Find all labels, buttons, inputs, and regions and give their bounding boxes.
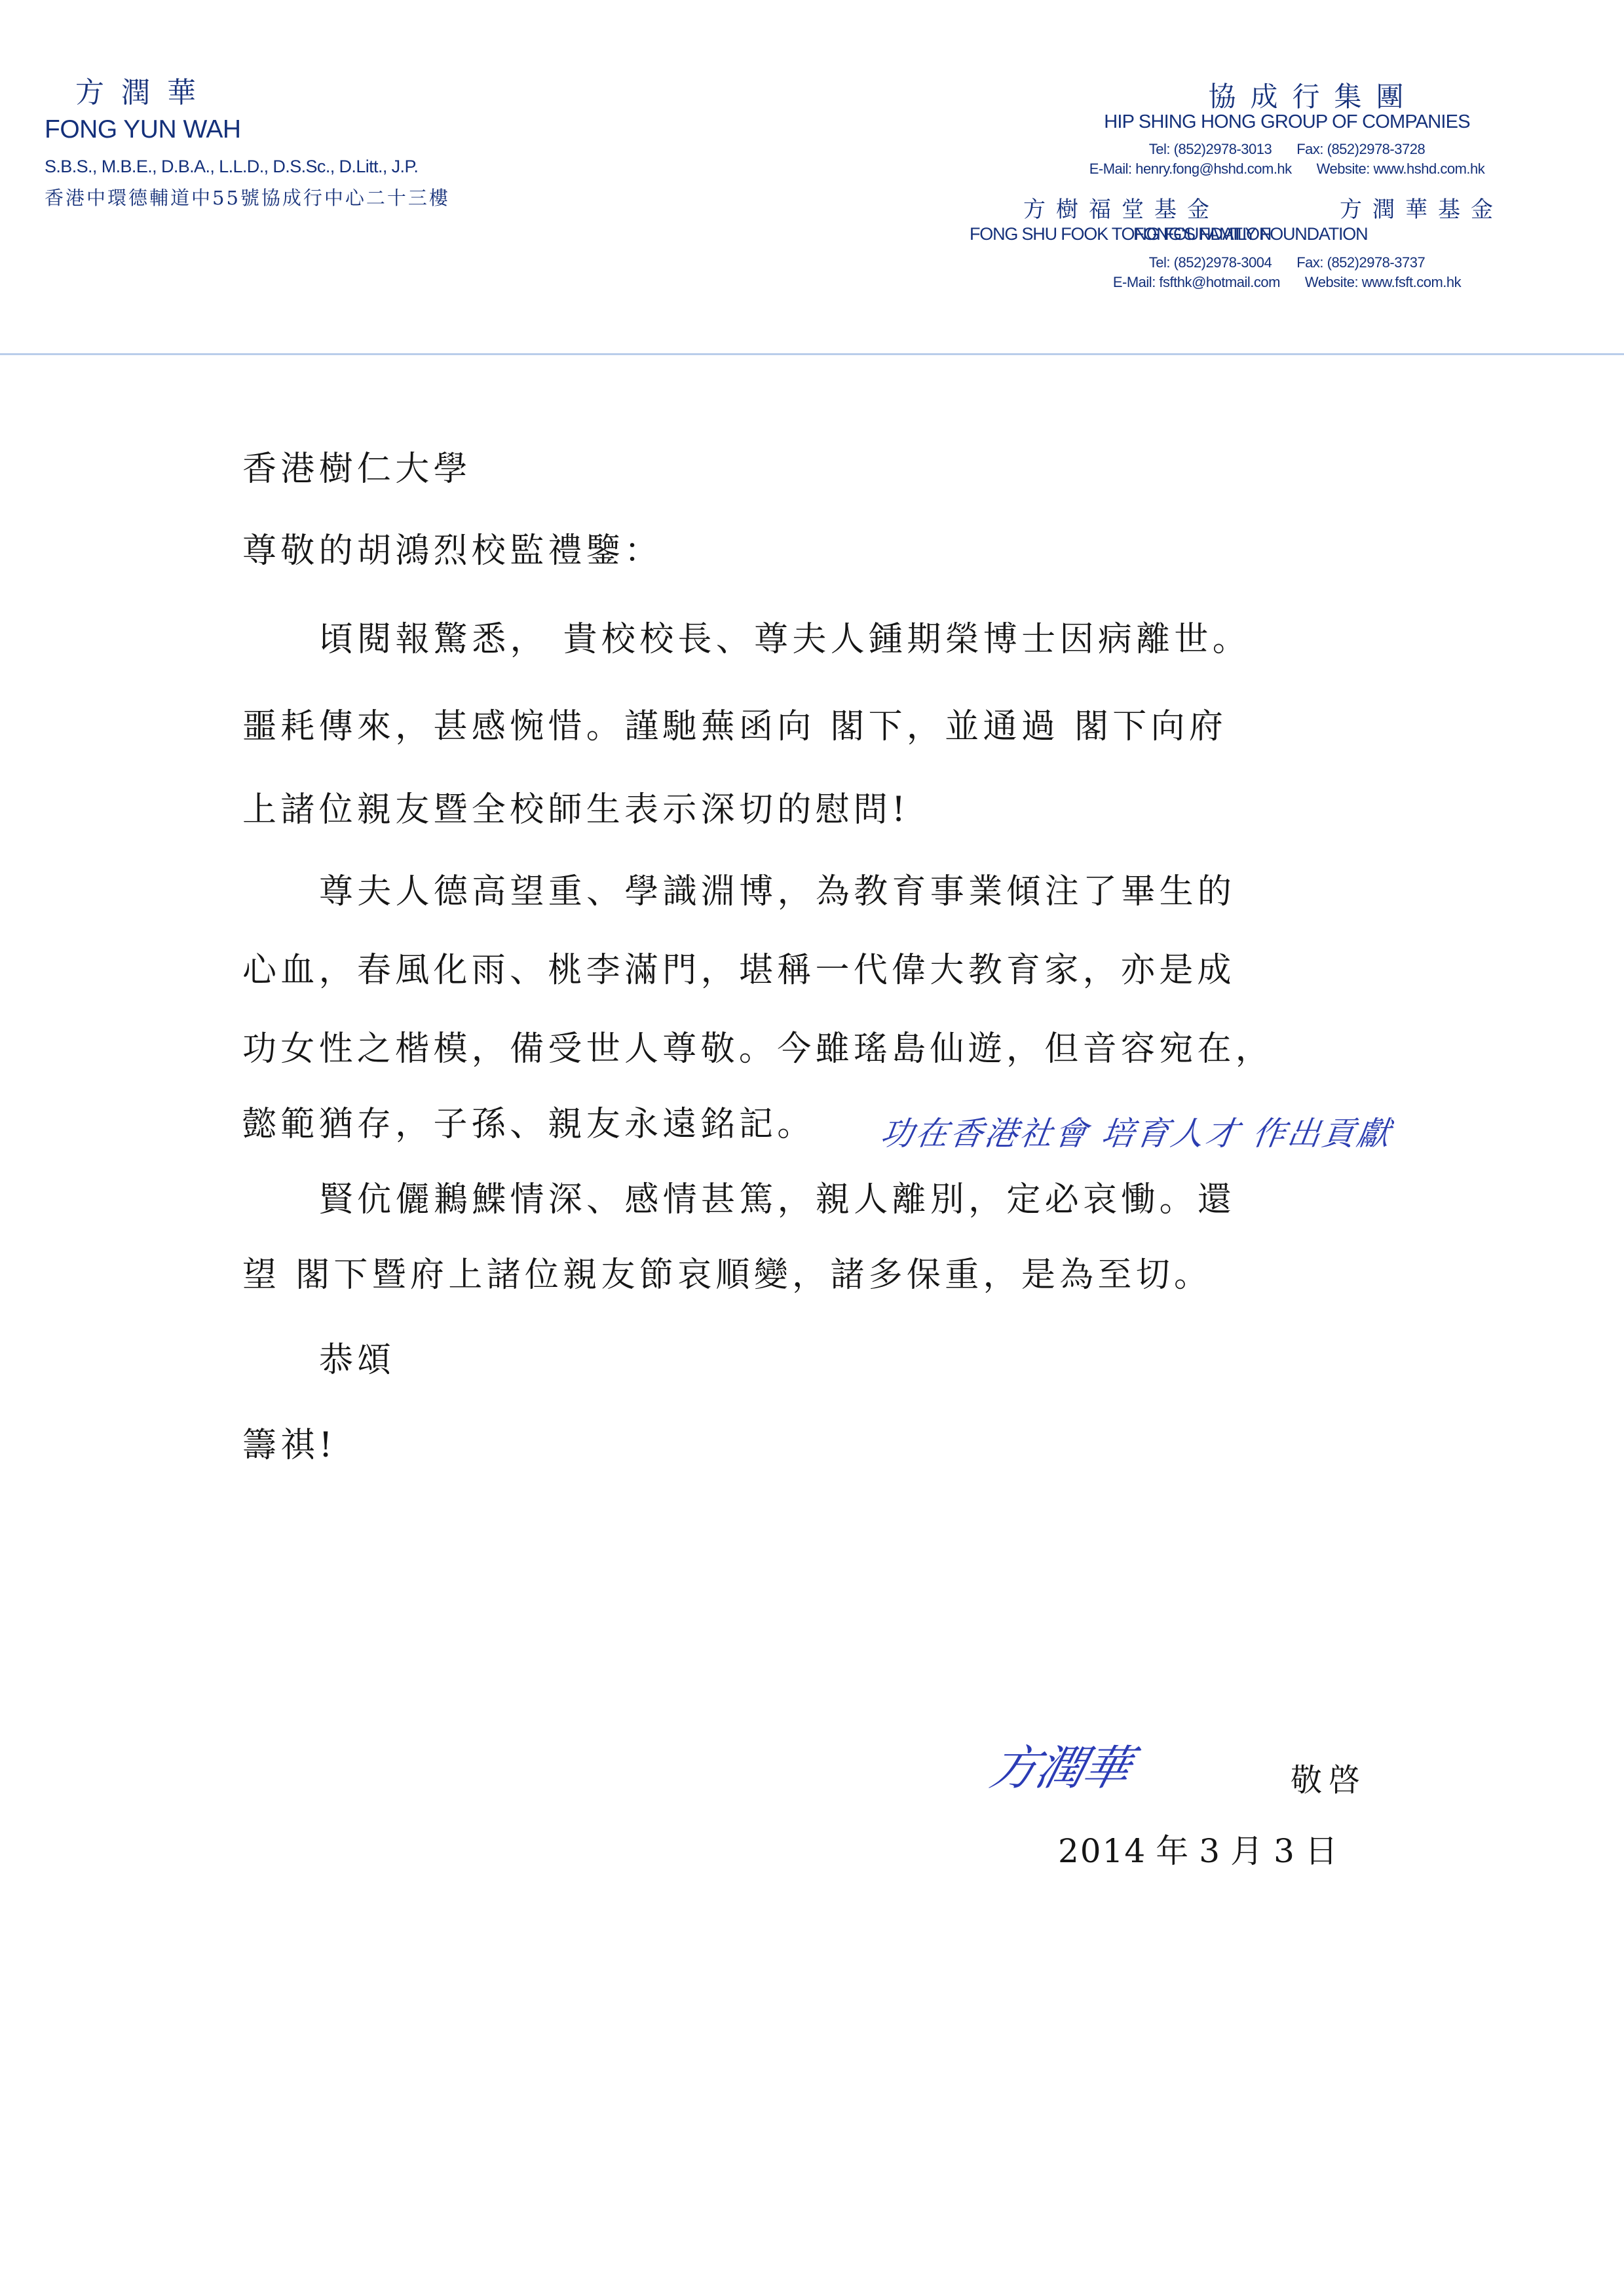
- company-fax: Fax: (852)2978-3728: [1296, 141, 1425, 157]
- closing-phrase: 恭頌: [319, 1343, 396, 1377]
- foundation-website[interactable]: Website: www.fsft.com.hk: [1305, 274, 1461, 290]
- handwritten-signature: 方潤華: [984, 1730, 1139, 1798]
- foundation-2-name-english: FONG'S FAMILY FOUNDATION: [1133, 224, 1367, 244]
- letterhead-divider: [0, 353, 1624, 355]
- sender-honours: S.B.S., M.B.E., D.B.A., L.L.D., D.S.Sc.,…: [45, 157, 418, 177]
- foundation-1-name-chinese: 方樹福堂基金: [1023, 191, 1220, 223]
- foundations-chinese: 方樹福堂基金 方潤華基金: [950, 191, 1624, 218]
- foundation-2-name-chinese: 方潤華基金: [1340, 191, 1503, 223]
- paragraph-2-line-1: 尊夫人德高望重、學識淵博，為教育事業傾注了畢生的: [319, 875, 1236, 909]
- sender-address: 香港中環德輔道中55號協成行中心二十三樓: [45, 183, 450, 210]
- company-email[interactable]: E-Mail: henry.fong@hshd.com.hk: [1089, 161, 1292, 177]
- company-name-english: HIP SHING HONG GROUP OF COMPANIES: [950, 111, 1624, 133]
- sender-name-chinese: 方潤華: [75, 69, 213, 111]
- recipient-organization: 香港樹仁大學: [242, 452, 472, 486]
- paragraph-3-line-2: 望 閣下暨府上諸位親友節哀順變，諸多保重，是為至切。: [242, 1258, 1212, 1292]
- sender-name-english: FONG YUN WAH: [45, 115, 241, 144]
- paragraph-2-line-2: 心血，春風化雨、桃李滿門，堪稱一代偉大教育家，亦是成: [242, 953, 1236, 987]
- date-day-unit: 日: [1305, 1832, 1339, 1870]
- foundation-fax: Fax: (852)2978-3737: [1296, 254, 1425, 271]
- salutation: 尊敬的胡鴻烈校監禮鑒：: [242, 534, 662, 568]
- paragraph-1-line-2: 噩耗傳來，甚感惋惜。謹馳蕪函向 閣下，並通過 閣下向府: [242, 710, 1227, 744]
- paragraph-1-line-1: 頃閱報驚悉， 貴校校長、尊夫人鍾期榮博士因病離世。: [319, 622, 1251, 657]
- date-day: 3: [1274, 1832, 1296, 1870]
- date-year-unit: 年: [1156, 1832, 1190, 1870]
- company-tel: Tel: (852)2978-3013: [1149, 141, 1272, 157]
- paragraph-1-line-3: 上諸位親友暨全校師生表示深切的慰問!: [242, 793, 909, 827]
- company-phone-fax: Tel: (852)2978-3013Fax: (852)2978-3728: [950, 141, 1624, 158]
- paragraph-2-line-4: 懿範猶存，子孫、親友永遠銘記。: [242, 1107, 816, 1141]
- date-year: 2014: [1058, 1832, 1146, 1870]
- handwritten-annotation: 功在香港社會 培育人才 作出貢獻: [878, 1107, 1395, 1155]
- date-month-unit: 月: [1230, 1832, 1264, 1870]
- company-website[interactable]: Website: www.hshd.com.hk: [1317, 161, 1485, 177]
- paragraph-2-line-3: 功女性之楷模，備受世人尊敬。今雖瑤島仙遊，但音容宛在，: [242, 1032, 1274, 1066]
- company-email-web: E-Mail: henry.fong@hshd.com.hkWebsite: w…: [950, 161, 1624, 178]
- foundation-email-web: E-Mail: fsfthk@hotmail.comWebsite: www.f…: [950, 274, 1624, 291]
- closing-blessing: 籌祺!: [242, 1428, 337, 1463]
- foundations-english: FONG SHU FOOK TONG FOUNDATION FONG'S FAM…: [950, 224, 1624, 244]
- foundation-email[interactable]: E-Mail: fsfthk@hotmail.com: [1113, 274, 1280, 290]
- signature-suffix: 敬啓: [1291, 1755, 1367, 1800]
- company-name-chinese: 協成行集團: [976, 75, 1624, 115]
- foundation-phone-fax: Tel: (852)2978-3004Fax: (852)2978-3737: [950, 254, 1624, 271]
- date-month: 3: [1199, 1832, 1221, 1870]
- foundation-tel: Tel: (852)2978-3004: [1149, 254, 1272, 271]
- letter-date: 2014年3月3日: [1058, 1825, 1348, 1872]
- paragraph-3-line-1: 賢伉儷鶼鰈情深、感情甚篤，親人離別，定必哀慟。還: [319, 1183, 1236, 1217]
